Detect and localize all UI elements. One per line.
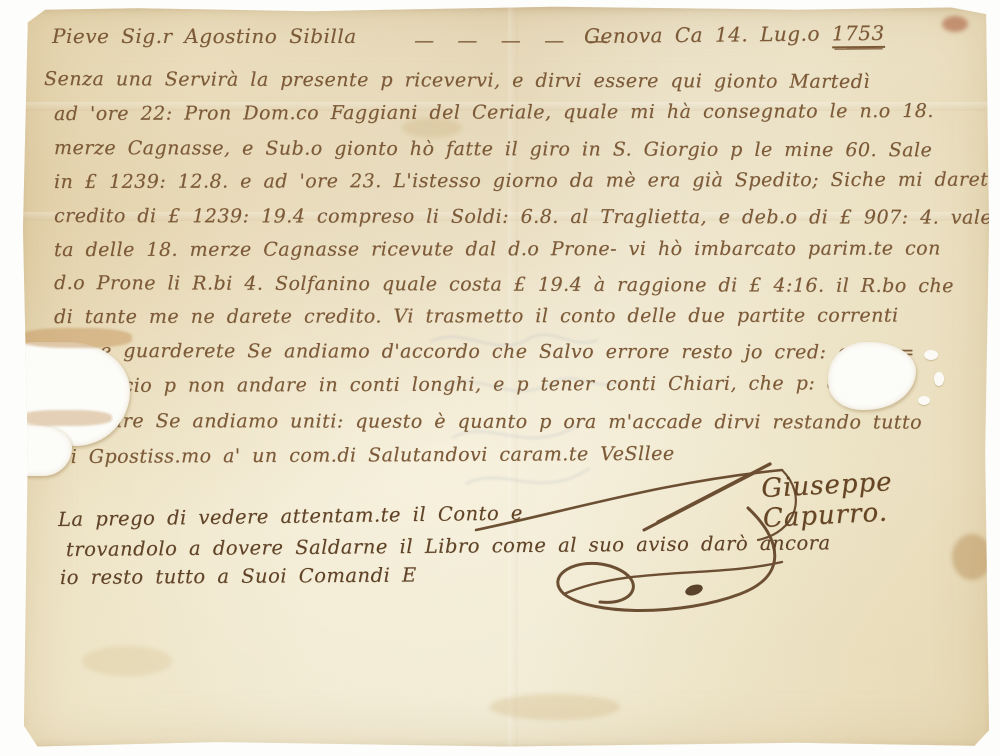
- letter-paper: Pieve Sig.r Agostino Sibilla — — — — — G…: [22, 6, 990, 748]
- body-line: e guarderete Se andiamo d'accordo che Sa…: [100, 340, 915, 363]
- body-line: credito di £ 1239: 19.4 compreso li Sold…: [54, 205, 999, 229]
- header-place-date: Genova Ca 14. Lug.o 1753: [584, 21, 885, 48]
- body-line: merze Cagnasse, e Sub.o gionto hò fatte …: [54, 137, 932, 161]
- place-date-text: Genova Ca 14. Lug.o: [584, 22, 820, 48]
- body-line: lo faccio p non andare in conti longhi, …: [62, 372, 893, 397]
- stain: [20, 410, 112, 426]
- year-text: 1753: [832, 21, 885, 49]
- body-line: d.o Prone li R.bi 4. Solfanino quale cos…: [54, 272, 954, 297]
- stain: [20, 328, 132, 348]
- stain: [82, 646, 172, 676]
- paper-damage: [918, 396, 930, 405]
- header-recipient: Pieve Sig.r Agostino Sibilla: [52, 24, 357, 48]
- paper-damage: [924, 350, 938, 360]
- paper-damage: [934, 372, 944, 386]
- body-line: r. gitare Se andiamo uniti: questo è qua…: [58, 410, 922, 434]
- photographed-letter: Pieve Sig.r Agostino Sibilla — — — — — G…: [0, 0, 1000, 756]
- paper-damage: [828, 342, 916, 410]
- body-line: ta delle 18. merze Cagnasse ricevute dal…: [54, 237, 941, 261]
- postscript-line: io resto tutto a Suoi Comandi E: [60, 564, 417, 589]
- body-line: di tante me ne darete credito. Vi trasme…: [54, 305, 899, 328]
- body-line: ad 'ore 22: Pron Dom.co Faggiani del Cer…: [54, 100, 934, 125]
- body-line: Senza una Servirà la presente p riceverv…: [44, 68, 870, 93]
- stain: [942, 16, 968, 32]
- body-line: in £ 1239: 12.8. e ad 'ore 23. L'istesso…: [54, 169, 1000, 193]
- paper-damage: [14, 424, 72, 476]
- stain: [490, 694, 620, 720]
